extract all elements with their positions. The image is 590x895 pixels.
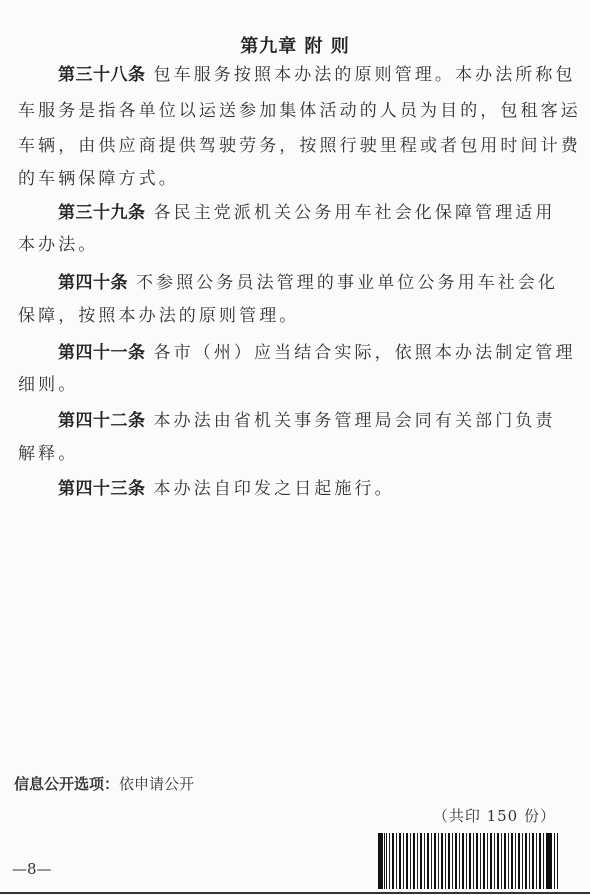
article-label: 第三十九条 <box>58 203 146 223</box>
print-copies: （共印 150 份） <box>433 805 556 826</box>
page-number: —8— <box>12 860 52 878</box>
info-disclosure-label: 信息公开选项： <box>14 775 119 793</box>
barcode-icon <box>378 833 560 889</box>
info-disclosure-value: 依申请公开 <box>119 775 194 793</box>
article-41-line-2: 细则。 <box>18 374 574 396</box>
article-38-line-1: 第三十八条包车服务按照本办法的原则管理。本办法所称包 <box>58 64 574 86</box>
article-38-line-4: 的车辆保障方式。 <box>18 168 574 190</box>
info-disclosure: 信息公开选项：依申请公开 <box>14 773 194 794</box>
article-38-line-3: 车辆，由供应商提供驾驶劳务，按照行驶里程或者包用时间计费 <box>18 135 574 157</box>
bottom-rule <box>0 892 590 894</box>
article-40-line-2: 保障，按照本办法的原则管理。 <box>18 305 574 327</box>
article-label: 第四十一条 <box>58 343 146 363</box>
article-41-line-1: 第四十一条各市（州）应当结合实际，依照本办法制定管理 <box>58 342 574 364</box>
article-43-line-1: 第四十三条本办法自印发之日起施行。 <box>58 478 574 500</box>
article-39-line-1: 第三十九条各民主党派机关公务用车社会化保障管理适用 <box>58 202 574 224</box>
article-38-line-2: 车服务是指各单位以运送参加集体活动的人员为目的，包租客运 <box>18 100 574 122</box>
chapter-title: 第九章 附 则 <box>0 32 590 58</box>
document-page: 第九章 附 则 第三十八条包车服务按照本办法的原则管理。本办法所称包 车服务是指… <box>0 0 590 895</box>
article-label: 第四十三条 <box>58 479 146 499</box>
article-42-line-1: 第四十二条本办法由省机关事务管理局会同有关部门负责 <box>58 410 574 432</box>
article-42-line-2: 解释。 <box>18 443 574 465</box>
article-label: 第四十条 <box>58 273 128 293</box>
article-39-line-2: 本办法。 <box>18 234 574 256</box>
article-label: 第四十二条 <box>58 411 146 431</box>
article-label: 第三十八条 <box>58 65 146 85</box>
article-40-line-1: 第四十条不参照公务员法管理的事业单位公务用车社会化 <box>58 272 574 294</box>
